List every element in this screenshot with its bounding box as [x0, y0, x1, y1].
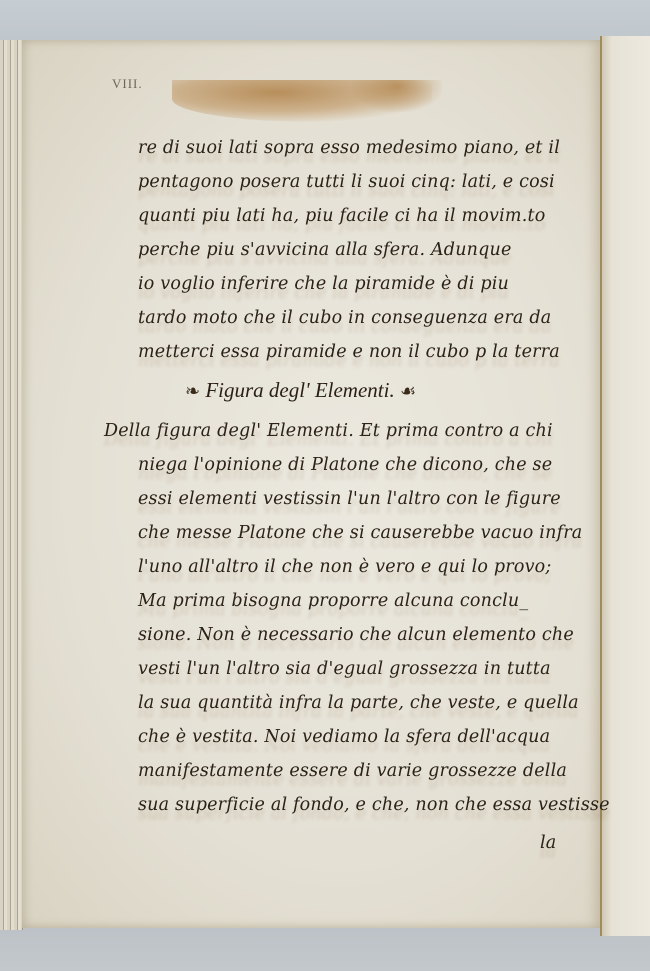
- folio-number: VIII.: [112, 76, 143, 92]
- text-line: che è vestita. Noi vediamo la sfera dell…: [138, 727, 550, 747]
- text-line: la sua quantità infra la parte, che vest…: [138, 693, 579, 713]
- text-line: sua superficie al fondo, e che, non che …: [138, 795, 610, 815]
- text-line: manifestamente essere di varie grossezze…: [138, 761, 567, 781]
- text-line: metterci essa piramide e non il cubo p l…: [138, 342, 560, 362]
- text-line: pentagono posera tutti li suoi cinq: lat…: [138, 172, 555, 192]
- text-line: quanti piu lati ha, piu facile ci ha il …: [138, 206, 545, 226]
- backdrop-bottom: [0, 928, 650, 971]
- text-line: perche piu s'avvicina alla sfera. Adunqu…: [138, 240, 512, 260]
- backdrop-top: [0, 0, 650, 40]
- flourish-right-icon: ☙: [400, 381, 416, 401]
- text-line: Ma prima bisogna proporre alcuna conclu_: [138, 591, 528, 611]
- catchword: la: [540, 833, 556, 853]
- text-line: niega l'opinione di Platone che dicono, …: [138, 455, 552, 475]
- text-line: l'uno all'altro il che non è vero e qui …: [138, 557, 552, 577]
- section-heading: ❧ Figura degl' Elementi. ☙: [185, 378, 416, 403]
- text-line: vesti l'un l'altro sia d'egual grossezza…: [138, 659, 551, 679]
- flourish-left-icon: ❧: [185, 381, 200, 401]
- text-line: re di suoi lati sopra esso medesimo pian…: [138, 138, 560, 158]
- page-stack-edge: [0, 40, 23, 930]
- heading-text: Figura degl' Elementi.: [205, 378, 394, 402]
- text-line: Della figura degl' Elementi. Et prima co…: [104, 421, 553, 441]
- text-line: essi elementi vestissin l'un l'altro con…: [138, 489, 561, 509]
- text-line: tardo moto che il cubo in conseguenza er…: [138, 308, 551, 328]
- text-line: sione. Non è necessario che alcun elemen…: [138, 625, 574, 645]
- water-stain-secondary: [352, 80, 442, 112]
- text-line: io voglio inferire che la piramide è di …: [138, 274, 509, 294]
- text-line: che messe Platone che si causerebbe vacu…: [138, 523, 582, 543]
